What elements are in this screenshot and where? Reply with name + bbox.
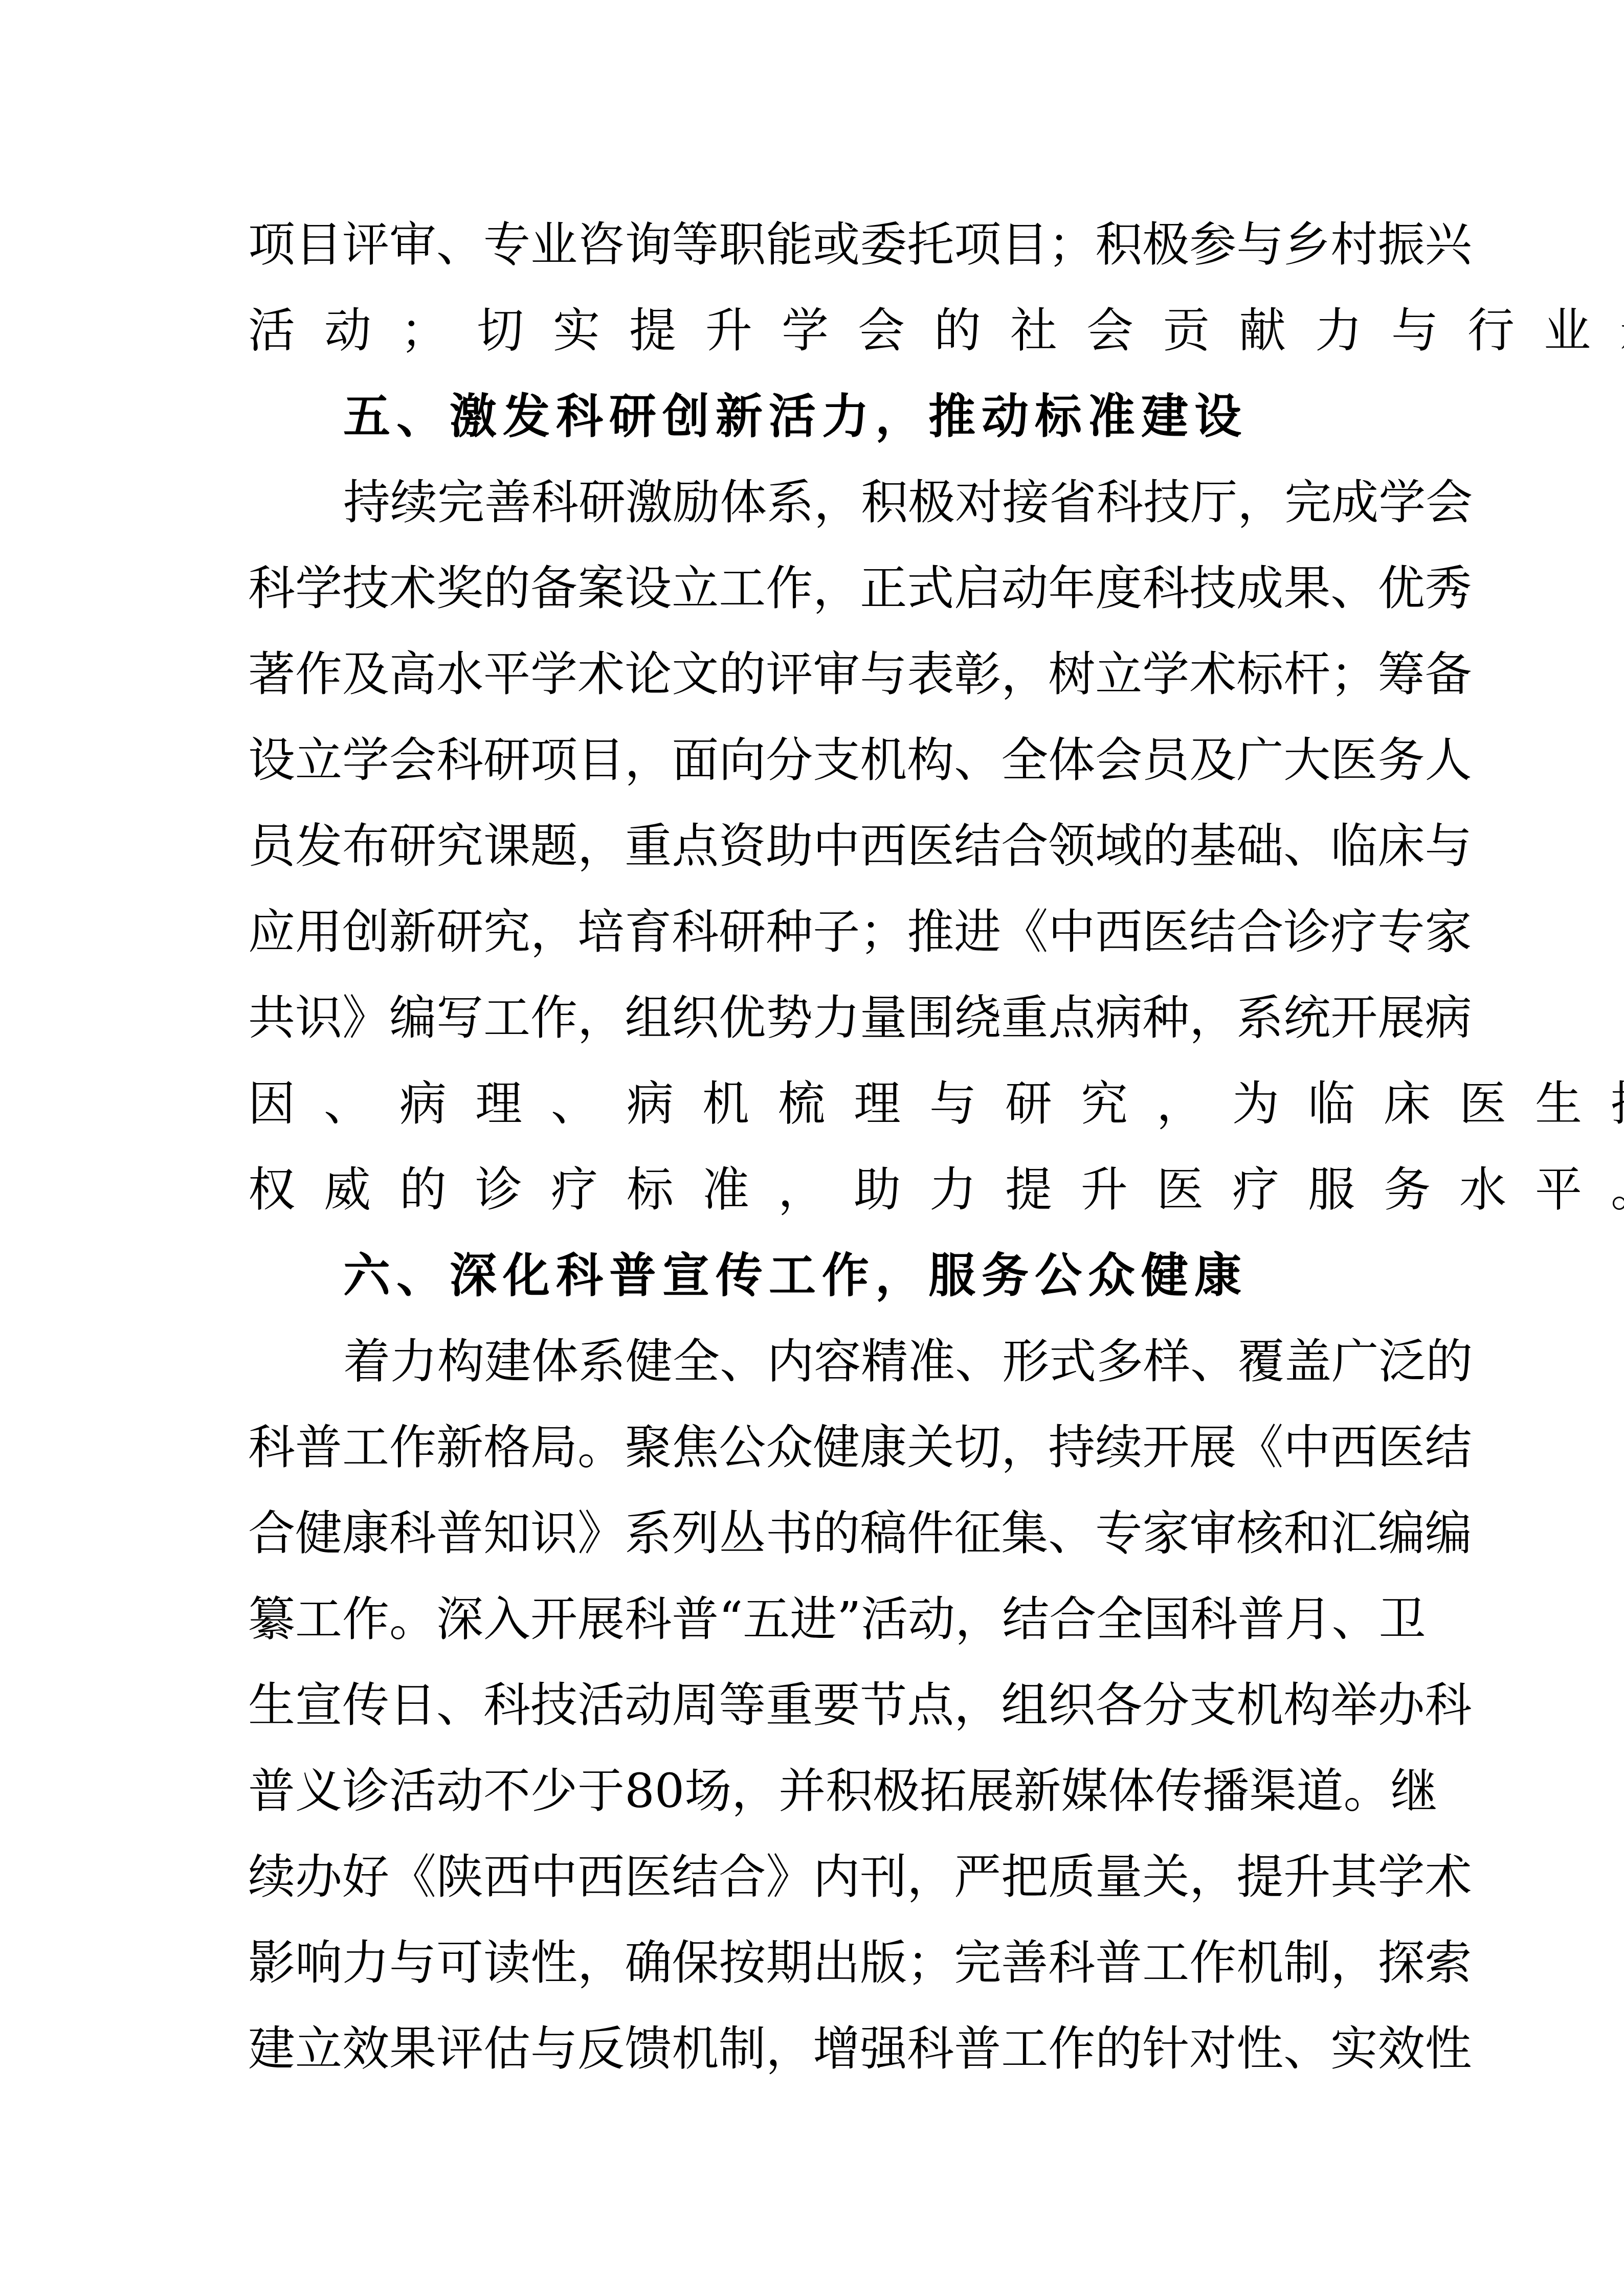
text-line: 应用创新研究，培育科研种子；推进《中西医结合诊疗专家	[248, 889, 1384, 975]
text-line: 项目评审、专业咨询等职能或委托项目；积极参与乡村振兴	[248, 202, 1384, 288]
text-line: 合健康科普知识》系列丛书的稿件征集、专家审核和汇编编	[248, 1491, 1384, 1577]
text-line: 活动；切实提升学会的社会贡献力与行业影响力。	[248, 288, 1384, 374]
section-heading-5: 五、激发科研创新活力，推动标准建设	[248, 374, 1384, 460]
text-line: 续办好《陕西中西医结合》内刊，严把质量关，提升其学术	[248, 1834, 1384, 1920]
text-line: 员发布研究课题，重点资助中西医结合领域的基础、临床与	[248, 803, 1384, 889]
document-page: 项目评审、专业咨询等职能或委托项目；积极参与乡村振兴 活动；切实提升学会的社会贡…	[248, 202, 1384, 2092]
text-line: 著作及高水平学术论文的评审与表彰，树立学术标杆；筹备	[248, 632, 1384, 717]
paragraph-continuation: 项目评审、专业咨询等职能或委托项目；积极参与乡村振兴 活动；切实提升学会的社会贡…	[248, 202, 1384, 374]
text-line: 生宣传日、科技活动周等重要节点，组织各分支机构举办科	[248, 1662, 1384, 1748]
paragraph-research: 持续完善科研激励体系，积极对接省科技厅，完成学会 科学技术奖的备案设立工作，正式…	[248, 460, 1384, 1233]
text-line: 科普工作新格局。聚焦公众健康关切，持续开展《中西医结	[248, 1405, 1384, 1491]
paragraph-science-popularization: 着力构建体系健全、内容精准、形式多样、覆盖广泛的 科普工作新格局。聚焦公众健康关…	[248, 1319, 1384, 2092]
text-line: 建立效果评估与反馈机制，增强科普工作的针对性、实效性	[248, 2006, 1384, 2092]
text-line: 影响力与可读性，确保按期出版；完善科普工作机制，探索	[248, 1920, 1384, 2006]
text-line: 纂工作。深入开展科普“五进”活动，结合全国科普月、卫	[248, 1577, 1384, 1662]
text-line: 着力构建体系健全、内容精准、形式多样、覆盖广泛的	[248, 1319, 1384, 1405]
text-line: 权威的诊疗标准，助力提升医疗服务水平。	[248, 1147, 1384, 1233]
text-line: 普义诊活动不少于80场，并积极拓展新媒体传播渠道。继	[248, 1748, 1384, 1834]
text-line: 共识》编写工作，组织优势力量围绕重点病种，系统开展病	[248, 975, 1384, 1061]
text-line: 持续完善科研激励体系，积极对接省科技厅，完成学会	[248, 460, 1384, 546]
text-line: 设立学会科研项目，面向分支机构、全体会员及广大医务人	[248, 717, 1384, 803]
section-heading-6: 六、深化科普宣传工作，服务公众健康	[248, 1233, 1384, 1319]
text-line: 科学技术奖的备案设立工作，正式启动年度科技成果、优秀	[248, 546, 1384, 632]
text-line: 因、病理、病机梳理与研究，为临床医生提供规范、清晰、	[248, 1061, 1384, 1147]
